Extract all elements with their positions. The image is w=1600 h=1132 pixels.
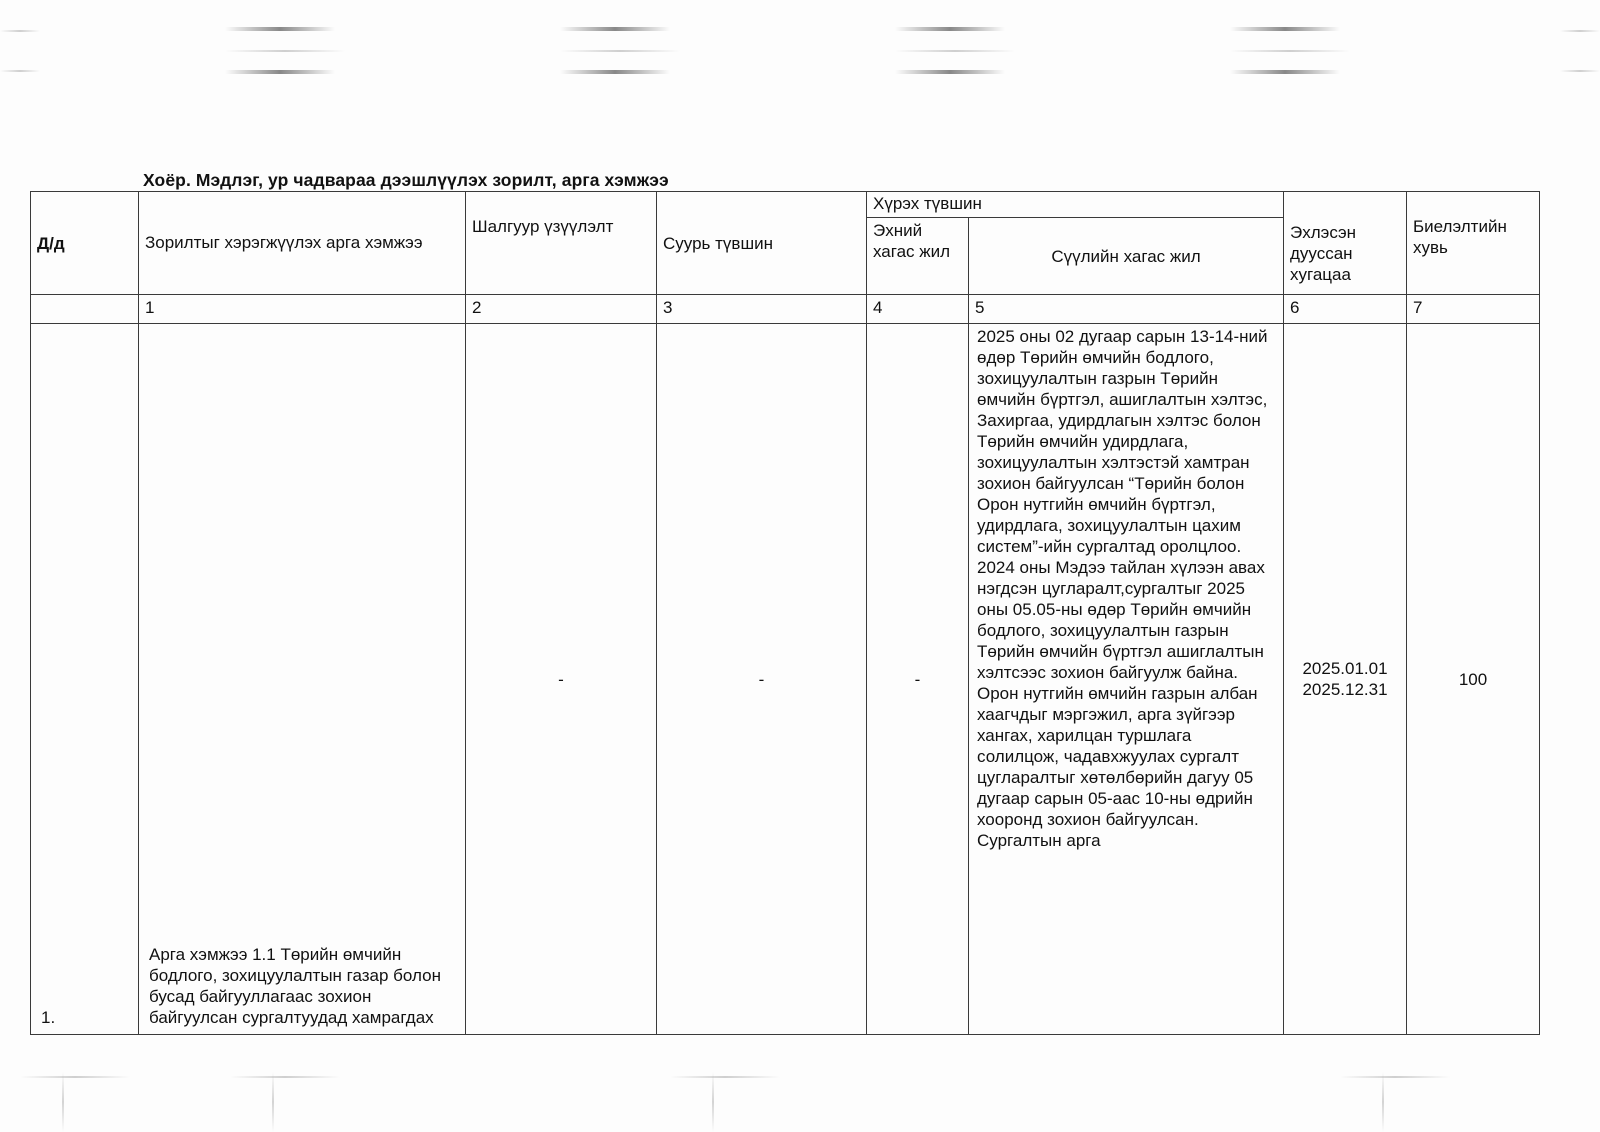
action-plan-table: Д/д Зорилтыг хэрэгжүүлэх арга хэмжээ Шал…	[30, 191, 1540, 1035]
scan-artifact	[1340, 1076, 1450, 1078]
header-target-level: Хүрэх түвшин	[867, 192, 1284, 218]
scan-artifact	[1230, 27, 1340, 31]
header-row: Д/д Зорилтыг хэрэгжүүлэх арга хэмжээ Шал…	[31, 192, 1540, 218]
scan-artifact	[225, 70, 335, 74]
period-start: 2025.01.01	[1290, 658, 1400, 679]
column-number: 2	[466, 295, 657, 324]
action-description: Арга хэмжээ 1.1 Төрийн өмчийн бодлого, з…	[139, 324, 466, 1035]
scan-artifact	[272, 1072, 274, 1132]
second-half-result: 2025 оны 02 дугаар сарын 13-14-ний өдөр …	[969, 324, 1284, 1035]
column-number	[31, 295, 139, 324]
scan-artifact	[895, 50, 1015, 52]
scan-artifact	[225, 27, 335, 31]
scan-artifact	[895, 70, 1005, 74]
scan-artifact	[1382, 1072, 1384, 1132]
header-first-half: Эхний хагас жил	[867, 218, 969, 295]
column-number: 1	[139, 295, 466, 324]
scan-artifact	[670, 1076, 780, 1078]
column-number: 6	[1284, 295, 1407, 324]
scan-artifact	[1230, 50, 1350, 52]
scan-artifact	[230, 1076, 340, 1078]
header-dd: Д/д	[31, 192, 139, 295]
table-row: 1. Арга хэмжээ 1.1 Төрийн өмчийн бодлого…	[31, 324, 1540, 1035]
header-indicator: Шалгуур үзүүлэлт	[466, 192, 657, 295]
scan-artifact	[225, 50, 345, 52]
scan-artifact	[1560, 70, 1600, 72]
column-number: 7	[1407, 295, 1540, 324]
column-number: 4	[867, 295, 969, 324]
indicator-value: -	[466, 324, 657, 1035]
scan-artifact	[62, 1072, 64, 1132]
header-second-half: Сүүлийн хагас жил	[969, 218, 1284, 295]
scan-artifact	[0, 30, 40, 32]
result-paragraph: 2024 оны Мэдээ тайлан хүлээн авах нэгдсэ…	[977, 557, 1275, 851]
row-number: 1.	[31, 324, 139, 1035]
scan-artifact	[560, 70, 670, 74]
section-title: Хоёр. Мэдлэг, ур чадвараа дээшлүүлэх зор…	[143, 170, 669, 191]
header-action: Зорилтыг хэрэгжүүлэх арга хэмжээ	[139, 192, 466, 295]
period-end: 2025.12.31	[1290, 679, 1400, 700]
scan-artifact	[1230, 70, 1340, 74]
scan-artifact	[20, 1076, 130, 1078]
scan-artifact	[1560, 30, 1600, 32]
period-cell: 2025.01.01 2025.12.31	[1284, 324, 1407, 1035]
column-number: 5	[969, 295, 1284, 324]
header-period: Эхлэсэн дуусcан хугацаа	[1284, 192, 1407, 295]
header-baseline: Суурь түвшин	[657, 192, 867, 295]
result-paragraph: 2025 оны 02 дугаар сарын 13-14-ний өдөр …	[977, 326, 1275, 557]
scan-artifact	[895, 27, 1005, 31]
first-half-value: -	[867, 324, 969, 1035]
header-completion: Биелэлтийн хувь	[1407, 192, 1540, 295]
scan-artifact	[560, 27, 670, 31]
scan-artifact	[0, 70, 40, 72]
completion-percent: 100	[1407, 324, 1540, 1035]
scan-artifact	[560, 50, 680, 52]
column-number-row: 1 2 3 4 5 6 7	[31, 295, 1540, 324]
column-number: 3	[657, 295, 867, 324]
baseline-value: -	[657, 324, 867, 1035]
scan-artifact	[712, 1072, 714, 1132]
